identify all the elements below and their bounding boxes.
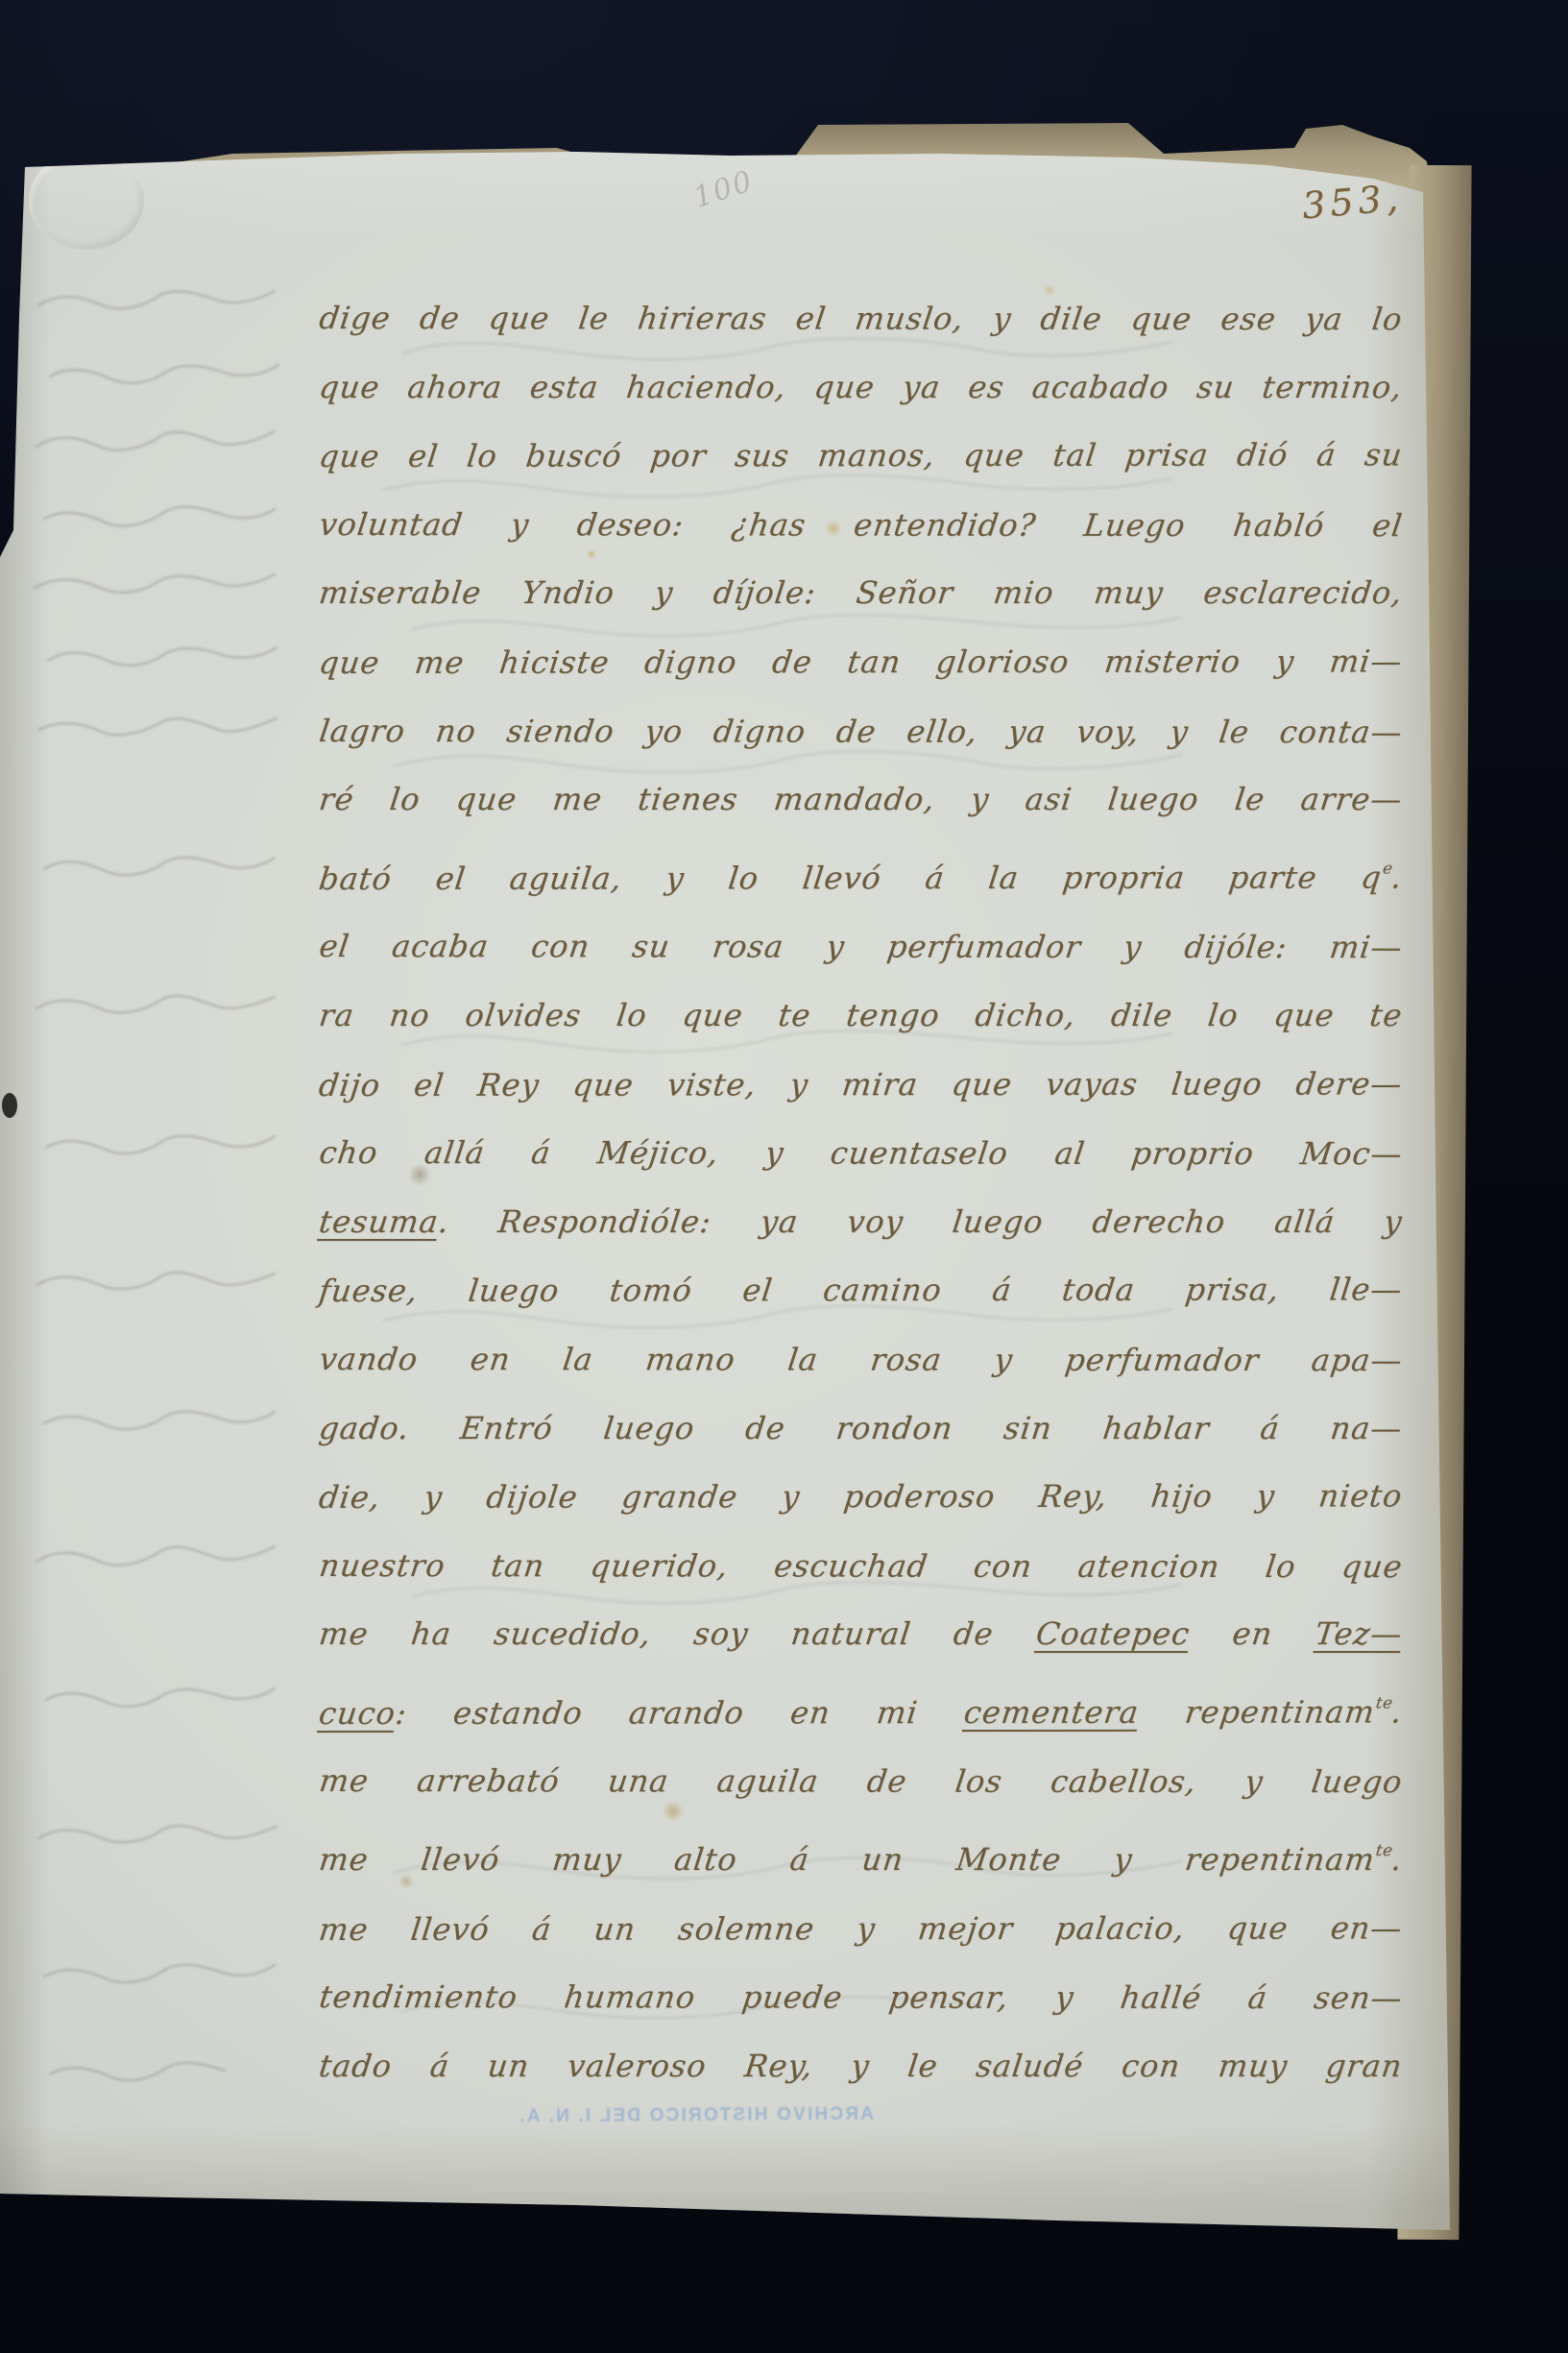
photograph-background: 353, 100 dige de que le hirieras el musl… [0, 0, 1568, 2353]
manuscript-line: nuestro tan querido, escuchad con atenci… [315, 1532, 1407, 1602]
manuscript-line: fuese, luego tomó el camino á toda prisa… [315, 1256, 1407, 1326]
ink-smudge [407, 1164, 432, 1185]
manuscript-line: miserable Yndio y díjole: Señor mio muy … [315, 559, 1407, 628]
manuscript-line: ra no olvides lo que te tengo dicho, dil… [315, 982, 1407, 1051]
manuscript-line: que el lo buscó por sus manos, que tal p… [315, 422, 1407, 492]
manuscript-line: ré lo que me tienes mandado, y asi luego… [315, 765, 1407, 835]
manuscript-line: que me hiciste digno de tan glorioso mis… [315, 627, 1407, 697]
manuscript-line: bató el aguila, y lo llevó á la propria … [315, 834, 1408, 913]
manuscript-line: gado. Entró luego de rondon sin hablar á… [315, 1395, 1407, 1464]
binding-nick [2, 1093, 17, 1118]
manuscript-line: lagro no siendo yo digno de ello, ya voy… [315, 697, 1407, 767]
archive-stamp-showthrough: ARCHIVO HISTORICO DEL I. N. A. [517, 2104, 874, 2136]
paper-stain [398, 1875, 415, 1888]
manuscript-line: die, y dijole grande y poderoso Rey, hij… [315, 1463, 1407, 1533]
manuscript-line: cuco: estando arando en mi cementera rep… [315, 1668, 1408, 1748]
manuscript-line: tesuma. Respondióle: ya voy luego derech… [315, 1188, 1407, 1257]
manuscript-text-block: dige de que le hirieras el muslo, y dile… [315, 284, 1398, 2100]
manuscript-line: tado á un valeroso Rey, y le saludé con … [315, 2032, 1407, 2101]
paper-stain [586, 549, 597, 559]
manuscript-line: me ha sucedido, soy natural de Coatepec … [315, 1600, 1407, 1669]
manuscript-line: me llevó muy alto á un Monte y repentina… [315, 1816, 1408, 1895]
manuscript-line: el acaba con su rosa y perfumador y dijó… [315, 912, 1407, 982]
manuscript-line: tendimiento humano puede pensar, y hallé… [315, 1963, 1407, 2033]
manuscript-line: me llevó á un solemne y mejor palacio, q… [315, 1894, 1407, 1964]
paper-stain [1043, 284, 1056, 296]
paper-stain [661, 1802, 686, 1821]
manuscript-line: me arrebató una aguila de los cabellos, … [315, 1747, 1407, 1817]
manuscript-line: dige de que le hirieras el muslo, y dile… [315, 284, 1407, 354]
page-number: 353, [1300, 177, 1404, 228]
manuscript-line: dijo el Rey que viste, y mira que vayas … [315, 1050, 1407, 1120]
manuscript-line: voluntad y deseo: ¿has entendido? Luego … [315, 491, 1407, 561]
manuscript-line: que ahora esta haciendo, que ya es acaba… [315, 353, 1407, 423]
archive-stamp-text: ARCHIVO HISTORICO DEL I. N. A. [517, 2104, 874, 2128]
manuscript-line: vando en la mano la rosa y perfumador ap… [315, 1325, 1407, 1395]
manuscript-page: 353, 100 dige de que le hirieras el musl… [0, 0, 1568, 2353]
paper-stain [824, 521, 843, 536]
manuscript-line: cho allá á Méjico, y cuentaselo al propr… [315, 1119, 1407, 1189]
